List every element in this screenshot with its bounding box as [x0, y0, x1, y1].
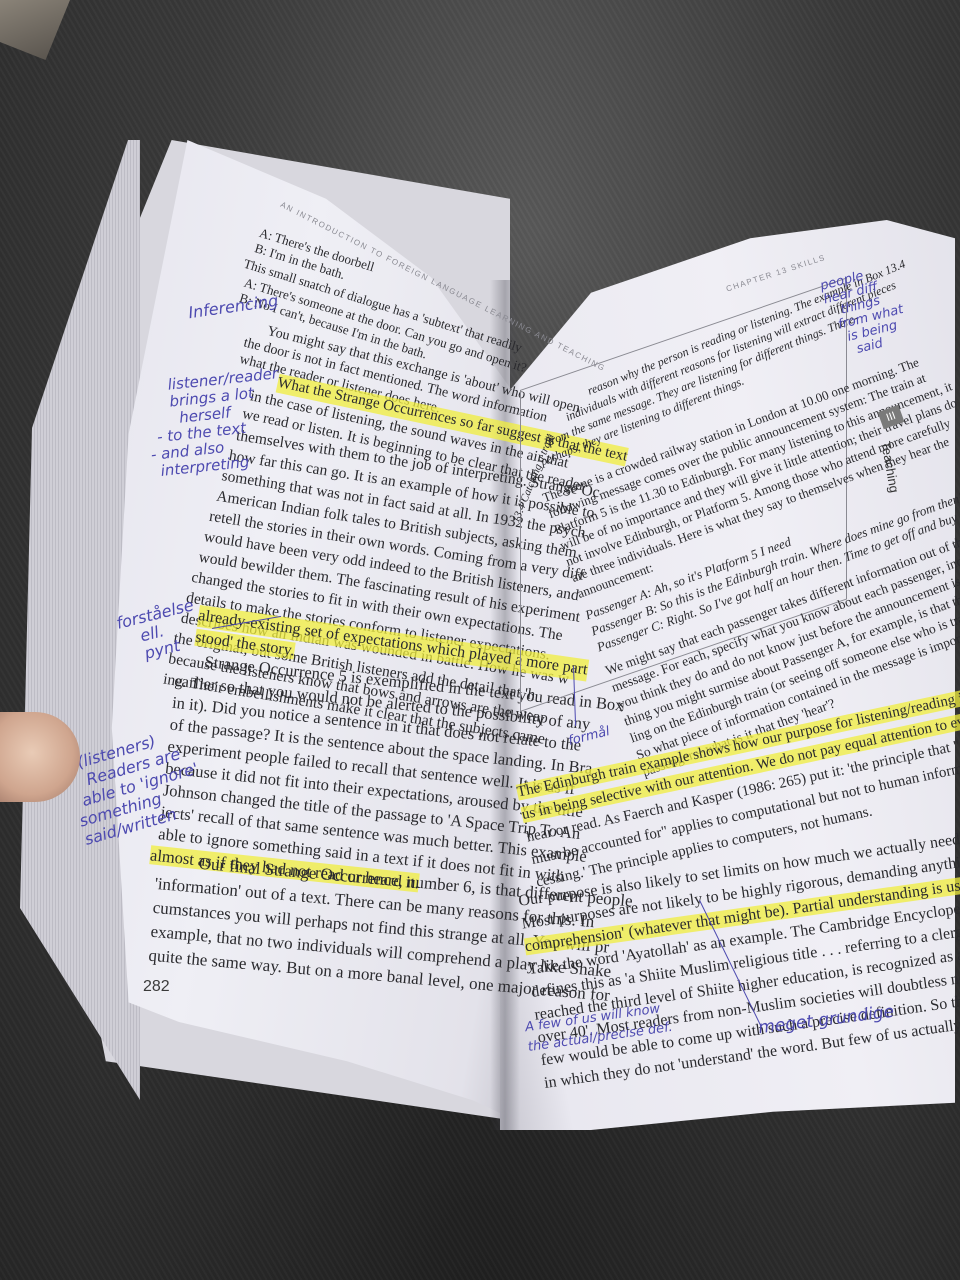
open-book: AN INTRODUCTION TO FOREIGN LANGUAGE LEAR…	[0, 0, 960, 1280]
annotation-listener-reader: listener/reader brings a lot herself - t…	[143, 365, 288, 481]
photo-scene: AN INTRODUCTION TO FOREIGN LANGUAGE LEAR…	[0, 0, 960, 1280]
page-number-left: 282	[143, 978, 170, 996]
